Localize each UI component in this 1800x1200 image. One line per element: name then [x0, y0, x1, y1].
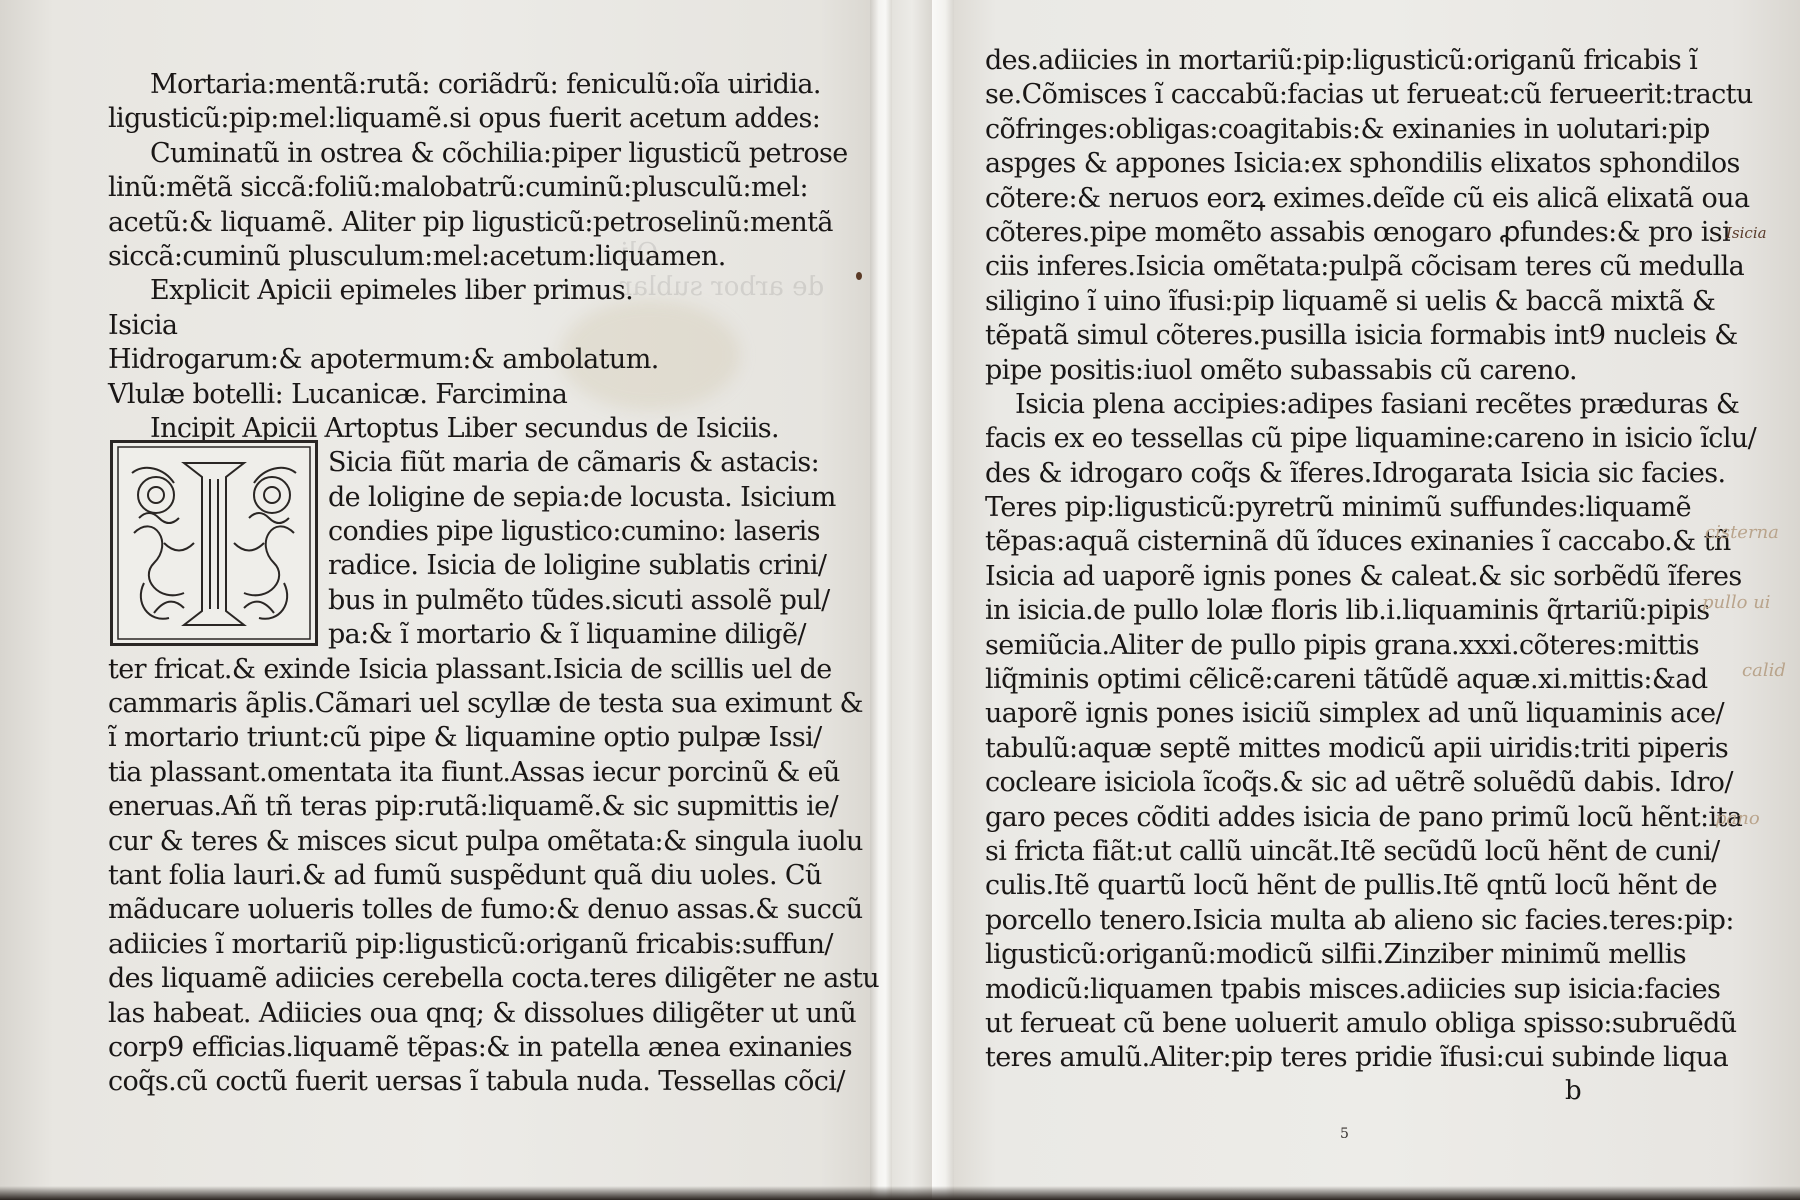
binding-shadow [0, 1186, 1800, 1200]
text-line: tia plassant.omentata ita fiunt.Assas ie… [108, 756, 768, 790]
text-line: Cuminatũ in ostrea & cõchilia:piper ligu… [108, 137, 768, 171]
ink-spot [856, 272, 862, 280]
marginal-note: cisterna [1705, 522, 1779, 543]
text-line: coq̃s.cũ coctũ fuerit uersas ĩ tabula nu… [108, 1065, 768, 1099]
text-line: Teres pip:ligusticũ:pyretrũ minimũ suffu… [985, 491, 1685, 525]
marginal-note: pano [1715, 808, 1760, 829]
text-line: porcello tenero.Isicia multa ab alieno s… [985, 904, 1685, 938]
text-line: Mortaria:mentã:rutã: coriãdrũ: feniculũ:… [108, 68, 768, 102]
text-line: ligusticũ:pip:mel:liquamẽ.si opus fuerit… [108, 102, 768, 136]
signature-mark: b [1565, 1076, 1582, 1106]
text-line: pipe positis:iuol omẽto subassabis cũ ca… [985, 354, 1685, 388]
text-line: ut ferueat cũ bene uoluerit amulo obliga… [985, 1007, 1685, 1041]
text-line: Isicia ad uaporẽ ignis pones & caleat.& … [985, 560, 1685, 594]
text-line: si fricta fiãt:ut callũ uincãt.Itẽ secũd… [985, 835, 1685, 869]
text-line: se.Cõmisces ĩ caccabũ:facias ut ferueat:… [985, 78, 1685, 112]
chapter-list-item: Isicia [108, 309, 768, 343]
marginal-note: Isicia [1726, 224, 1767, 242]
text-line: semiũcia.Aliter de pullo pipis grana.xxx… [985, 629, 1685, 663]
text-line: las habeat. Adiicies oua qnq; & dissolue… [108, 997, 768, 1031]
text-line: uaporẽ ignis pones isiciũ simplex ad unũ… [985, 697, 1685, 731]
gutter-edge-right [932, 0, 954, 1200]
text-line: tẽpatã simul cõteres.pusilla isicia form… [985, 319, 1685, 353]
text-line: in isicia.de pullo lolæ floris lib.i.liq… [985, 594, 1685, 628]
text-line: Isicia plena accipies:adipes fasiani rec… [985, 388, 1685, 422]
text-line: cocleare isiciola ĩcoq̃s.& sic ad uẽtrẽ … [985, 766, 1685, 800]
text-line: siligino ĩ uino ĩfusi:pip liquamẽ si uel… [985, 285, 1685, 319]
text-line: culis.Itẽ quartũ locũ hẽnt de pullis.Itẽ… [985, 869, 1685, 903]
text-line: cammaris ãplis.Cãmari uel scyllæ de test… [108, 687, 768, 721]
text-line: garo peces cõditi addes isicia de pano p… [985, 801, 1685, 835]
gutter-binding [892, 0, 932, 1200]
right-page-text: des.adiicies in mortariũ:pip:ligusticũ:o… [985, 44, 1685, 1076]
decorated-initial-i [110, 440, 318, 646]
explicit-line: Explicit Apicii epimeles liber primus. [108, 274, 768, 308]
text-line: acetũ:& liquamẽ. Aliter pip ligusticũ:pe… [108, 206, 768, 240]
text-line: adiicies ĩ mortariũ pip:ligusticũ:origan… [108, 928, 768, 962]
text-line: aspges & appones Isicia:ex sphondilis el… [985, 147, 1685, 181]
text-line: liq̃minis optimi cẽlicẽ:careni tãtũdẽ aq… [985, 663, 1685, 697]
text-line: linũ:mẽtã siccã:foliũ:malobatrũ:cuminũ:p… [108, 171, 768, 205]
text-line: eneruas.Añ tñ teras pip:rutã:liquamẽ.& s… [108, 790, 768, 824]
text-line: ciis inferes.Isicia omẽtata:pulpã cõcisa… [985, 250, 1685, 284]
text-line: tabulũ:aquæ septẽ mittes modicũ apii uir… [985, 732, 1685, 766]
chapter-list-item: Hidrogarum:& apotermum:& ambolatum. [108, 343, 768, 377]
text-line: cur & teres & misces sicut pulpa omẽtata… [108, 825, 768, 859]
text-line: corp9 efficias.liquamẽ tẽpas:& in patell… [108, 1031, 768, 1065]
text-line: des liquamẽ adiicies cerebella cocta.ter… [108, 962, 768, 996]
text-line: modicũ:liquamen tpabis misces.adiicies s… [985, 973, 1685, 1007]
text-line: cõtere:& neruos eorꝝ eximes.deĩde cũ eis… [985, 182, 1685, 216]
text-line: cõfringes:obligas:coagitabis:& exinanies… [985, 113, 1685, 147]
text-line: ligusticũ:origanũ:modicũ silfii.Zinziber… [985, 938, 1685, 972]
text-line: facis ex eo tessellas cũ pipe liquamine:… [985, 422, 1685, 456]
book-spread: Oli de arbor sublar Mortaria:mentã:rutã:… [0, 0, 1800, 1200]
text-line: siccã:cuminũ plusculum:mel:acetum:liquam… [108, 240, 768, 274]
gutter-edge-left [870, 0, 892, 1200]
chapter-list-item: Vlulæ botelli: Lucanicæ. Farcimina [108, 378, 768, 412]
marginal-note: calid [1742, 660, 1786, 681]
floral-initial-icon [113, 443, 315, 643]
text-line: cõteres.pipe momẽto assabis œnogaro ꝓfun… [985, 216, 1685, 250]
text-line: tẽpas:aquã cisterninã dũ ĩduces exinanie… [985, 525, 1685, 559]
text-line: mãducare uolueris tolles de fumo:& denuo… [108, 893, 768, 927]
text-line: ter fricat.& exinde Isicia plassant.Isic… [108, 653, 768, 687]
text-line: des & idrogaro coq̃s & ĩferes.Idrogarata… [985, 457, 1685, 491]
folio-mark: 5 [1340, 1126, 1349, 1142]
text-line: ĩ mortario triunt:cũ pipe & liquamine op… [108, 721, 768, 755]
text-line: tant folia lauri.& ad fumũ suspẽdunt quã… [108, 859, 768, 893]
marginal-note: pullo ui [1702, 592, 1771, 613]
text-line: teres amulũ.Aliter:pip teres pridie ĩfus… [985, 1041, 1685, 1075]
text-line: des.adiicies in mortariũ:pip:ligusticũ:o… [985, 44, 1685, 78]
